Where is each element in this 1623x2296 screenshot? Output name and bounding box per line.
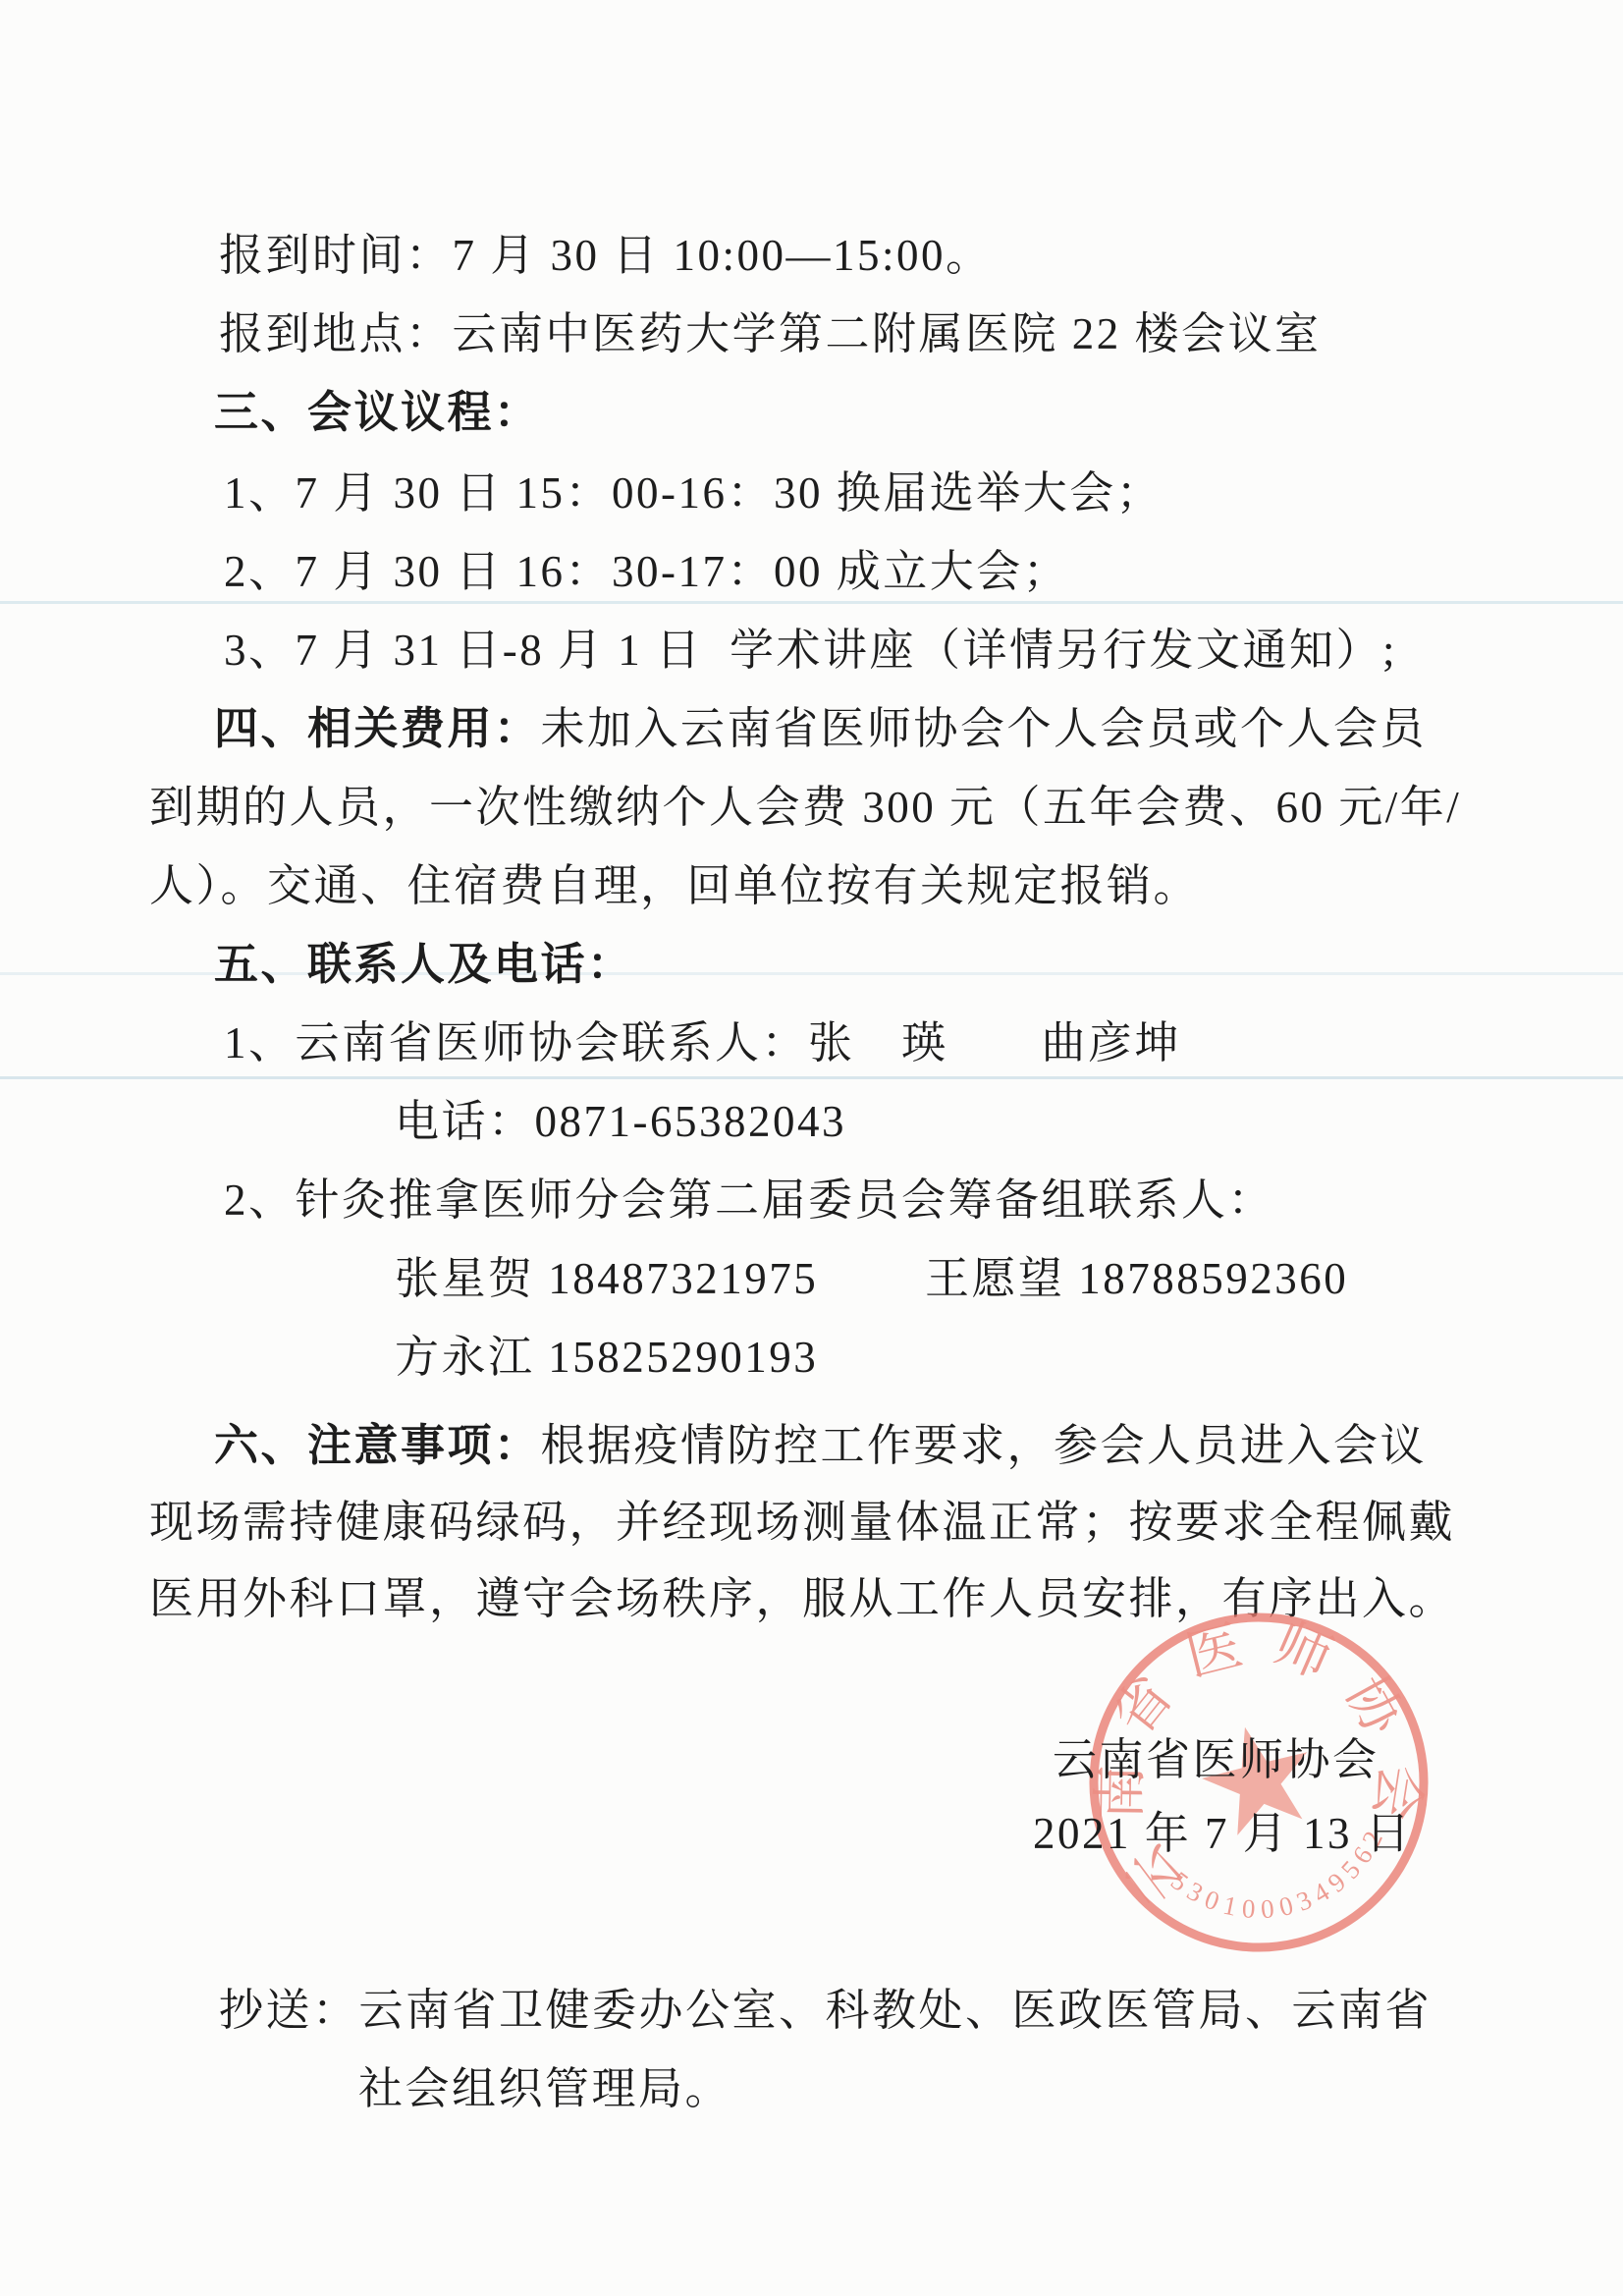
section-fees-line-1: 四、相关费用：未加入云南省医师协会个人会员或个人会员 — [214, 694, 1427, 753]
contact-branch-line: 2、针灸推拿医师分会第二届委员会筹备组联系人： — [224, 1166, 1274, 1225]
scanned-document-page: { "document": { "background_color": "#fc… — [0, 0, 1623, 2296]
scan-artifact-line — [0, 601, 1623, 604]
section-fees-heading: 四、相关费用： — [214, 692, 541, 756]
contact-branch-phones-2: 方永江 15825290193 — [395, 1323, 818, 1382]
document-body: 报到时间：7 月 30 日 10:00—15:00。 报到地点：云南中医药大学第… — [0, 0, 1623, 2296]
scan-artifact-line — [0, 1076, 1623, 1079]
contact-branch-phones-1: 张星贺 18487321975 王愿望 18788592360 — [395, 1244, 1348, 1303]
section-agenda-heading: 三、会议议程： — [214, 378, 541, 437]
agenda-item-1: 1、7 月 30 日 15：00-16：30 换届选举大会； — [224, 459, 1163, 518]
agenda-item-3: 3、7 月 31 日-8 月 1 日 学术讲座（详情另行发文通知）; — [224, 616, 1397, 675]
section-contacts-heading: 五、联系人及电话： — [214, 930, 634, 989]
cc-line-1: 抄送：云南省卫健委办公室、科教处、医政医管局、云南省 — [219, 1976, 1432, 2035]
section-fees-line-3: 人）。交通、住宿费自理，回单位按有关规定报销。 — [149, 851, 1200, 910]
cc-line-2: 社会组织管理局。 — [358, 2054, 731, 2113]
section-notes-heading: 六、注意事项： — [214, 1409, 541, 1473]
section-notes-text: 根据疫情防控工作要求，参会人员进入会议 — [541, 1409, 1428, 1473]
section-notes-line-2: 现场需持健康码绿码，并经现场测量体温正常；按要求全程佩戴 — [149, 1488, 1455, 1547]
agenda-item-2: 2、7 月 30 日 16：30-17：00 成立大会； — [224, 537, 1069, 596]
section-notes-line-1: 六、注意事项：根据疫情防控工作要求，参会人员进入会议 — [214, 1411, 1427, 1470]
contact-association-line: 1、云南省医师协会联系人：张 瑛 曲彦坤 — [224, 1009, 1181, 1067]
signature-organization: 云南省医师协会 — [1053, 1725, 1380, 1784]
section-fees-text: 未加入云南省医师协会个人会员或个人会员 — [541, 692, 1428, 756]
report-place-line: 报到地点：云南中医药大学第二附属医院 22 楼会议室 — [219, 300, 1322, 358]
report-time-line: 报到时间：7 月 30 日 10:00—15:00。 — [219, 221, 993, 280]
signature-date: 2021 年 7 月 13 日 — [1033, 1799, 1412, 1858]
section-fees-line-2: 到期的人员，一次性缴纳个人会费 300 元（五年会费、60 元/年/ — [149, 773, 1461, 832]
contact-association-phone: 电话：0871-65382043 — [395, 1087, 846, 1146]
